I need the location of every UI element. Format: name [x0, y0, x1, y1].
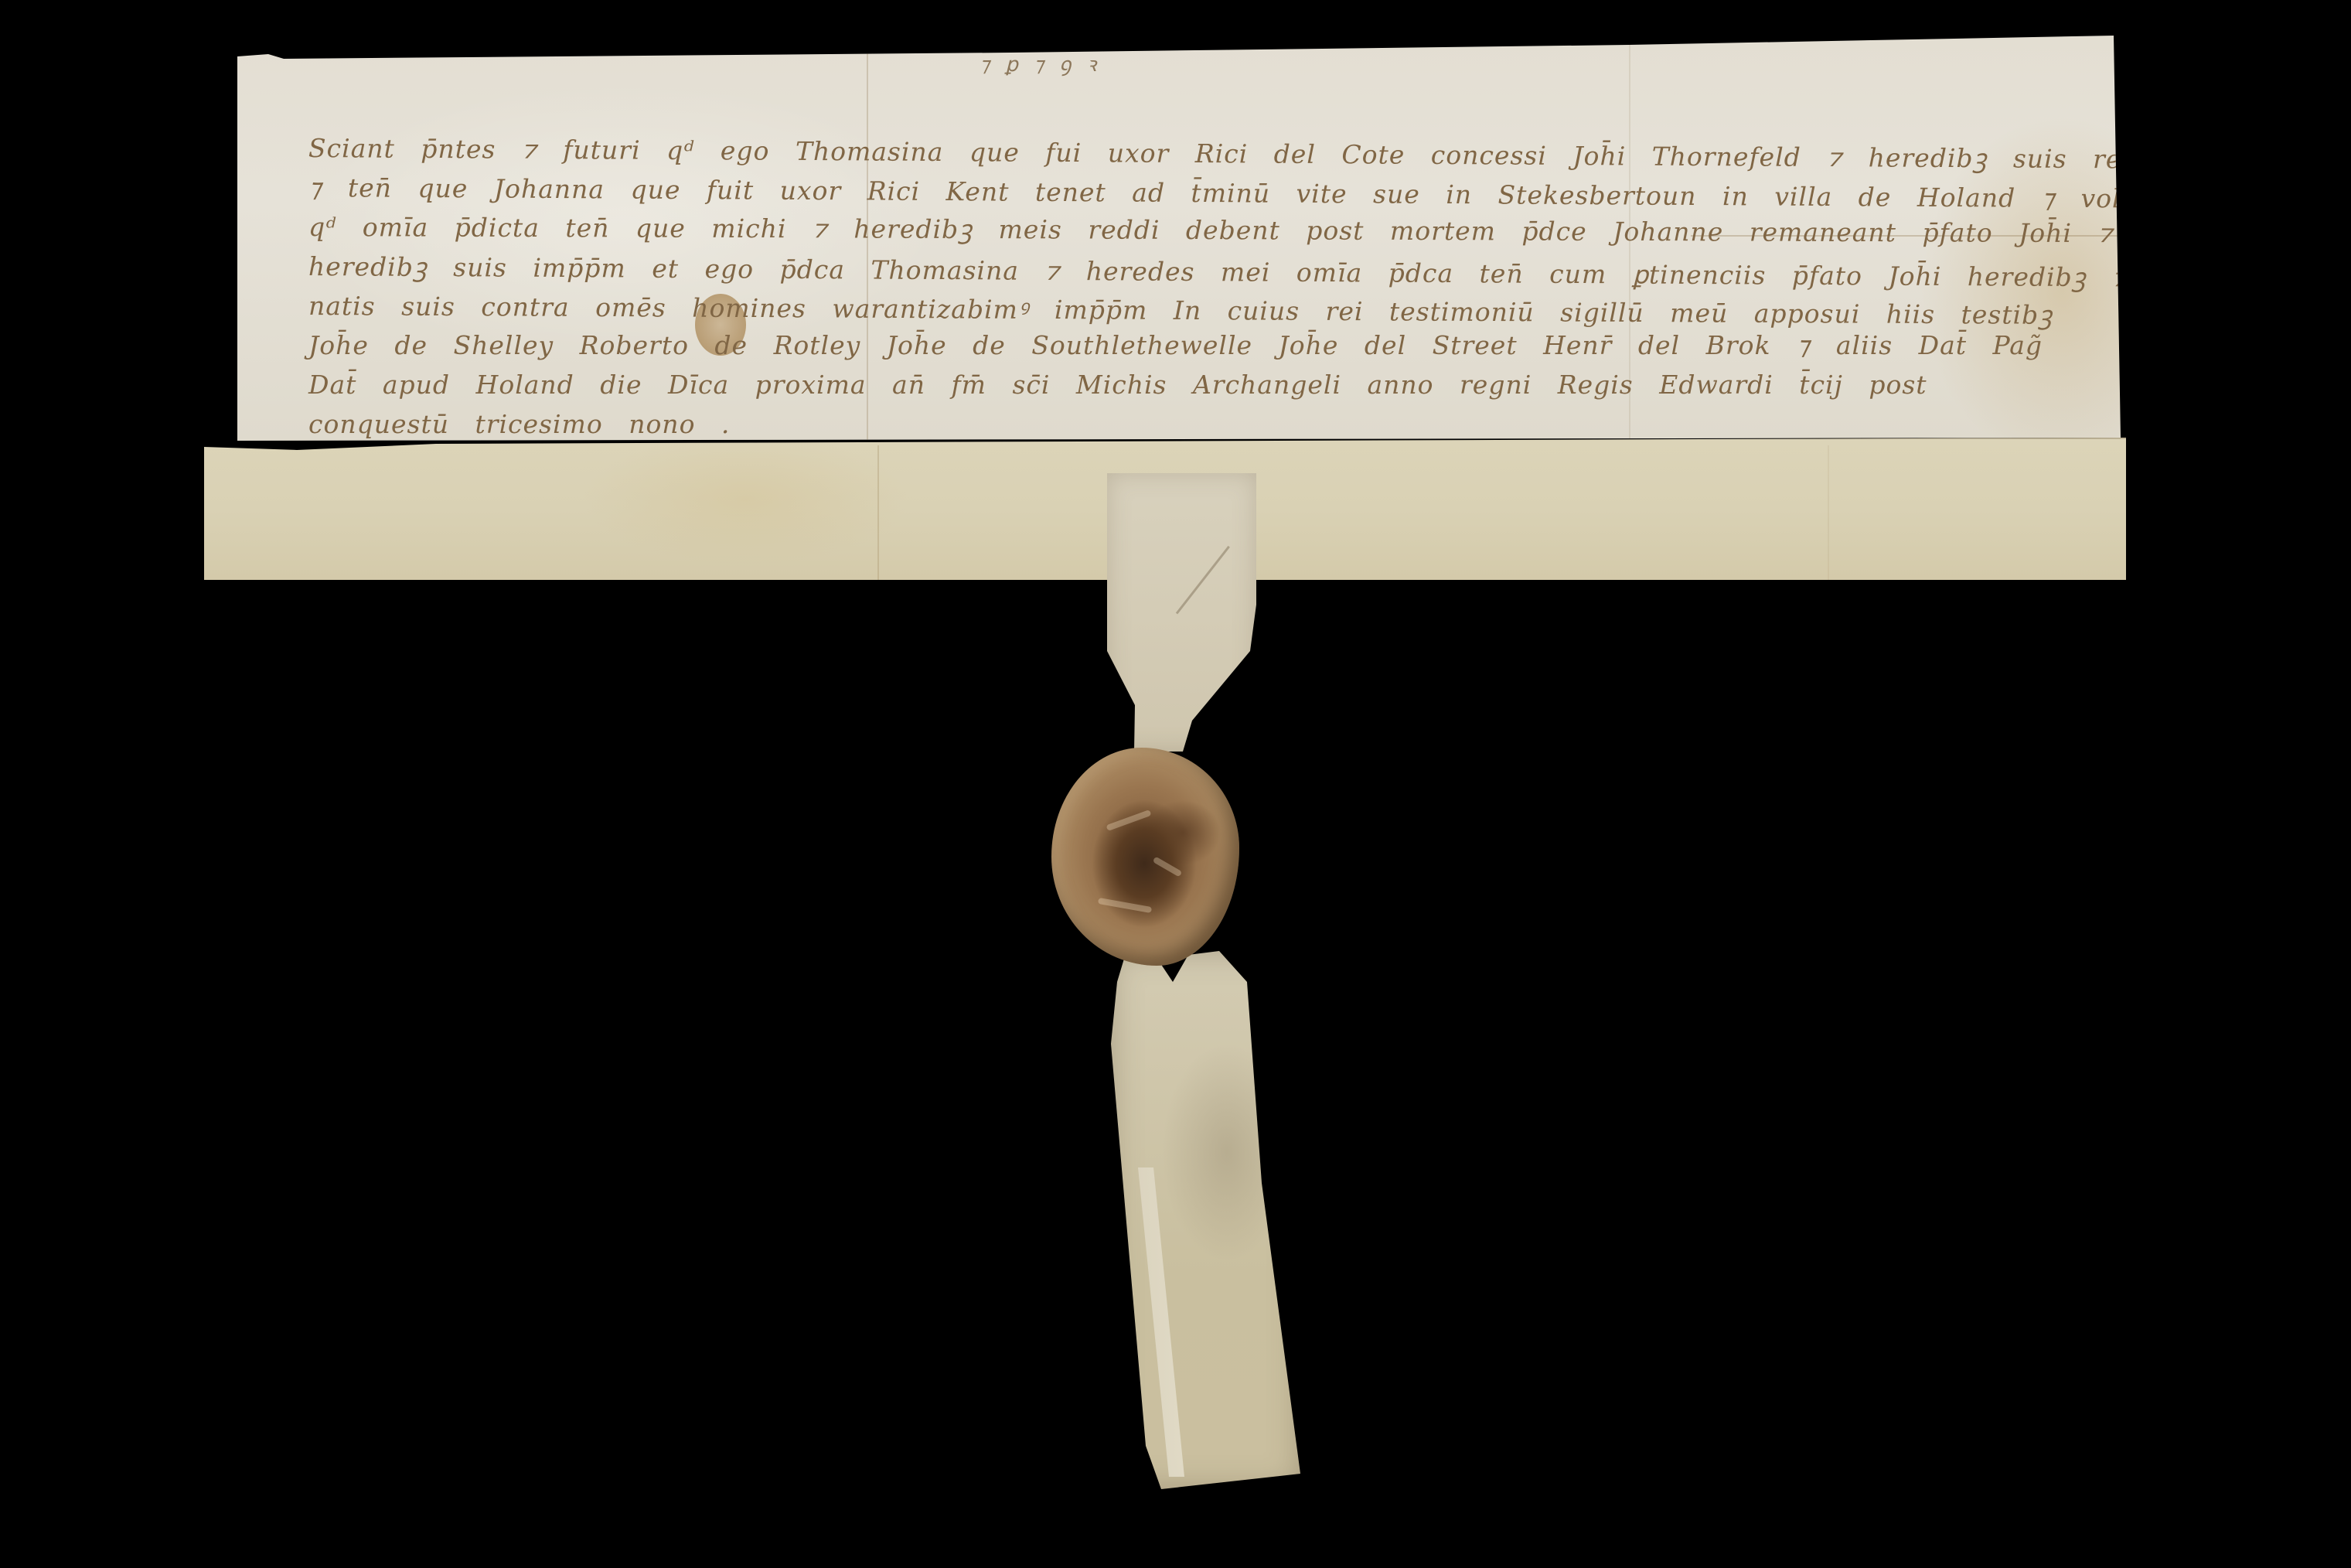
- seal-tag-upper: [1107, 473, 1256, 752]
- photograph-background: ⁊ ꝑ ⁊ ꝯ ꝛ Sciant p̄ntes ⁊ futuri qᵈ ego …: [0, 0, 2351, 1568]
- seal-tag-lower: [1111, 951, 1300, 1489]
- text-line-7: Dat̄ apud Holand die Dīca proxima an̄ fm…: [308, 365, 2110, 404]
- charter-parchment: ⁊ ꝑ ⁊ ꝯ ꝛ Sciant p̄ntes ⁊ futuri qᵈ ego …: [237, 36, 2124, 441]
- trimmed-top-text: ⁊ ꝑ ⁊ ꝯ ꝛ: [980, 49, 1101, 77]
- seal-highlight: [1153, 857, 1183, 878]
- wax-seal: [1051, 748, 1239, 966]
- plica-crease: [877, 445, 879, 580]
- seal-highlight: [1106, 810, 1151, 831]
- text-line-8: conquestū tricesimo nono .: [308, 404, 2110, 444]
- tag-twist-fold: [1176, 546, 1230, 615]
- text-line-3: qᵈ omīa p̄dicta ten̄ que michi ⁊ heredib…: [308, 207, 2110, 253]
- charter-text: Sciant p̄ntes ⁊ futuri qᵈ ego Thomasina …: [308, 128, 2110, 444]
- seal-highlight: [1098, 898, 1152, 913]
- tag-inner-fold: [1138, 1167, 1184, 1477]
- text-line-6: Joh̄e de Shelley Roberto de Rotley Joh̄e…: [308, 326, 2110, 365]
- plica-crease: [1828, 445, 1829, 580]
